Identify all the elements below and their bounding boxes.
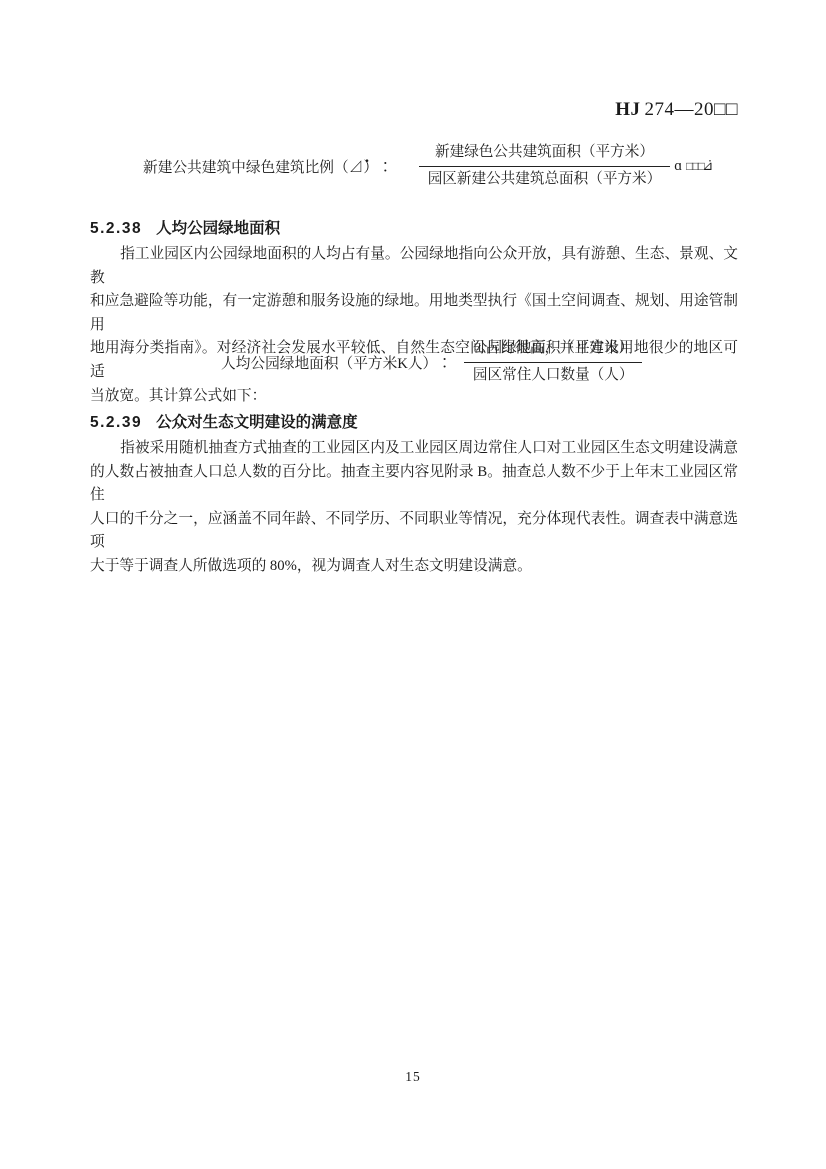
paragraph-line: 大于等于调查人所做选项的 80%，视为调查人对生态文明建设满意。 <box>90 555 738 579</box>
formula-park-green-per-capita: 人均公园绿地面积（平方米K人）∶ 公园绿地面积（平方米） 园区常住人口数量（人） <box>221 340 642 384</box>
fraction: 公园绿地面积（平方米） 园区常住人口数量（人） <box>464 340 643 384</box>
paragraph-line: 指被采用随机抽查方式抽查的工业园区内及工业园区周边常住人口对工业园区生态文明建设… <box>90 437 738 461</box>
paragraph-line: 指工业园区内公园绿地面积的人均占有量。公园绿地指向公众开放，具有游憩、生态、景观… <box>90 243 738 290</box>
document-page: HJ274—20□□ 新建公共建筑中绿色建筑比例（⊿̇）∶ 新建绿色公共建筑面积… <box>0 0 826 1169</box>
section-number: 5.2.39 <box>90 414 142 431</box>
section-number: 5.2.38 <box>90 220 142 237</box>
paragraph-line: 的人数占被抽查人口总人数的百分比。抽查主要内容见附录 B。抽查总人数不少于上年末… <box>90 461 738 508</box>
fraction: 新建绿色公共建筑面积（平方米） 园区新建公共建筑总面积（平方米） <box>419 144 671 188</box>
suffix-alpha-glyph: ɑ <box>674 158 682 175</box>
fraction-denominator: 园区新建公共建筑总面积（平方米） <box>419 166 671 189</box>
page-number: 15 <box>0 1069 826 1085</box>
suffix-missing-glyph-boxes: □□□ <box>686 159 703 174</box>
section-title: 人均公园绿地面积 <box>156 220 280 237</box>
standard-code-number: 274—20□□ <box>645 99 738 120</box>
paragraph-line: 当放宽。其计算公式如下： <box>90 385 738 409</box>
section-heading-5-2-38: 5.2.38人均公园绿地面积 <box>90 216 280 238</box>
formula-green-building-ratio: 新建公共建筑中绿色建筑比例（⊿̇）∶ 新建绿色公共建筑面积（平方米） 园区新建公… <box>143 144 713 188</box>
formula-suffix: ɑ □□□ ⊿̇ <box>674 158 713 175</box>
paragraph-line: 人口的千分之一，应涵盖不同年龄、不同学历、不同职业等情况，充分体现代表性。调查表… <box>90 508 738 555</box>
fraction-numerator: 新建绿色公共建筑面积（平方米） <box>419 144 671 166</box>
formula-label: 人均公园绿地面积（平方米K人）∶ <box>221 352 452 373</box>
paragraph-line: 和应急避险等功能，有一定游憩和服务设施的绿地。用地类型执行《国土空间调查、规划、… <box>90 290 738 337</box>
standard-code-header: HJ274—20□□ <box>615 99 738 121</box>
fraction-denominator: 园区常住人口数量（人） <box>464 362 643 385</box>
paragraph-5-2-39: 指被采用随机抽查方式抽查的工业园区内及工业园区周边常住人口对工业园区生态文明建设… <box>90 437 738 579</box>
suffix-triangle-glyph: ⊿̇ <box>702 158 713 174</box>
section-title: 公众对生态文明建设的满意度 <box>156 414 358 431</box>
section-heading-5-2-39: 5.2.39公众对生态文明建设的满意度 <box>90 410 358 432</box>
fraction-numerator: 公园绿地面积（平方米） <box>464 340 643 362</box>
standard-code-prefix: HJ <box>615 99 640 120</box>
formula-label: 新建公共建筑中绿色建筑比例（⊿̇）∶ <box>143 156 393 177</box>
